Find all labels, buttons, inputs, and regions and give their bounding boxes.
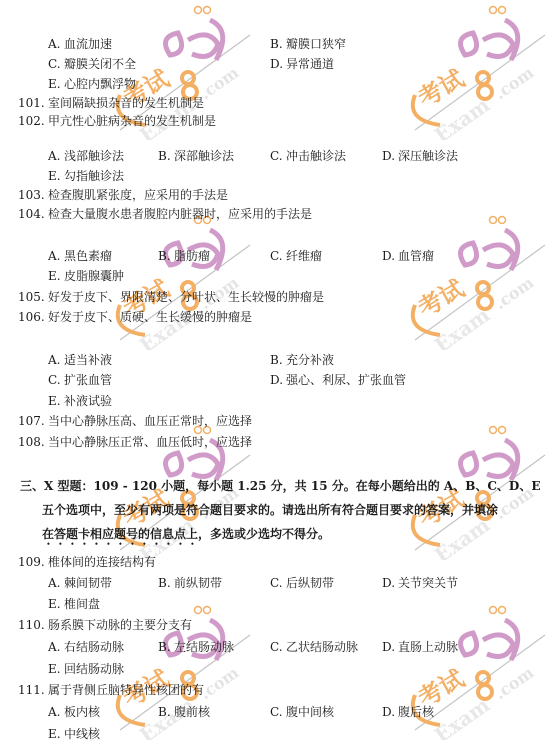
option-text: 强心、利尿、扩张血管 <box>286 373 406 387</box>
option-text: 勾指触诊法 <box>64 169 124 183</box>
option-text: 血管瘤 <box>398 249 434 263</box>
answer-option: D.腹后核 <box>382 704 434 720</box>
answer-option: A.棘间韧带 <box>48 575 112 591</box>
option-key: A. <box>48 704 64 720</box>
answer-option: C.冲击触诊法 <box>270 148 346 164</box>
answer-option: A.血流加速 <box>48 36 112 52</box>
svg-text:Exam: Exam <box>430 693 494 740</box>
option-text: 血流加速 <box>64 37 112 51</box>
option-text: 腹中间核 <box>286 705 334 719</box>
answer-option: B.前纵韧带 <box>158 575 222 591</box>
section-instructions: 三、X 型题：109 - 120 小题，每小题 1.25 分，共 15 分。在每… <box>20 478 540 548</box>
question-number: 102. <box>18 113 45 129</box>
svg-text:.com: .com <box>491 273 537 313</box>
option-key: A. <box>48 36 64 52</box>
question-number: 105. <box>18 289 45 305</box>
question-stem: 肠系膜下动脉的主要分支有 <box>48 617 192 633</box>
svg-text:Exam: Exam <box>430 93 494 140</box>
answer-option: E.回结肠动脉 <box>48 661 124 677</box>
answer-option: A.板内核 <box>48 704 100 720</box>
answer-option: B.瓣膜口狭窄 <box>270 36 346 52</box>
answer-option: C.腹中间核 <box>270 704 334 720</box>
question-number: 110. <box>18 617 45 633</box>
answer-option: B.腹前核 <box>158 704 210 720</box>
answer-option: C.后纵韧带 <box>270 575 334 591</box>
option-key: C. <box>48 56 64 72</box>
question-number: 103. <box>18 187 45 203</box>
option-text: 适当补液 <box>64 353 112 367</box>
option-key: E. <box>48 393 64 409</box>
answer-option: E.椎间盘 <box>48 596 100 612</box>
option-text: 瓣膜关闭不全 <box>64 57 136 71</box>
option-text: 扩张血管 <box>64 373 112 387</box>
watermark-logo: 考试.comExam <box>100 210 270 353</box>
question-stem: 检查大量腹水患者腹腔内脏器时，应采用的手法是 <box>48 206 312 222</box>
answer-option: B.脂肪瘤 <box>158 248 210 264</box>
option-text: 异常通道 <box>286 57 334 71</box>
question-stem: 室间隔缺损杂音的发生机制是 <box>48 95 204 111</box>
option-key: C. <box>270 575 286 591</box>
option-key: E. <box>48 661 64 677</box>
option-key: E. <box>48 726 64 742</box>
option-key: B. <box>158 248 174 264</box>
answer-option: A.适当补液 <box>48 352 112 368</box>
option-text: 皮脂腺囊肿 <box>64 269 124 283</box>
emphasis-text: 在答题卡相应题号的信息点上 <box>42 527 198 541</box>
svg-text:考试: 考试 <box>413 274 469 323</box>
option-key: D. <box>382 575 398 591</box>
watermark-logo: 考试.comExam <box>395 600 560 743</box>
option-text: 回结肠动脉 <box>64 662 124 676</box>
question-stem: 好发于皮下、质硬、生长缓慢的肿瘤是 <box>48 309 252 325</box>
section-line-1: 三、X 型题：109 - 120 小题，每小题 1.25 分，共 15 分。在每… <box>20 479 540 493</box>
option-text: 腹前核 <box>174 705 210 719</box>
option-key: C. <box>270 148 286 164</box>
option-key: E. <box>48 596 64 612</box>
question-stem: 属于背侧丘脑特异性核团的有 <box>48 682 204 698</box>
option-key: C. <box>270 248 286 264</box>
option-text: 心腔内飘浮物 <box>64 77 136 91</box>
exam8-logo-icon: 考试.comExam <box>395 210 560 350</box>
question-stem: 当中心静脉压正常、血压低时，应选择 <box>48 434 252 450</box>
option-key: B. <box>158 148 174 164</box>
answer-option: A.浅部触诊法 <box>48 148 124 164</box>
answer-option: B.充分补液 <box>270 352 334 368</box>
option-key: A. <box>48 639 64 655</box>
option-text: 后纵韧带 <box>286 576 334 590</box>
answer-option: D.异常通道 <box>270 56 334 72</box>
option-key: D. <box>382 639 398 655</box>
watermark-logo: 考试.comExam <box>395 0 560 143</box>
question-stem: 椎体间的连接结构有 <box>48 554 156 570</box>
answer-option: C.纤维瘤 <box>270 248 322 264</box>
option-key: A. <box>48 575 64 591</box>
answer-option: B.深部触诊法 <box>158 148 234 164</box>
option-key: D. <box>382 148 398 164</box>
option-key: B. <box>158 704 174 720</box>
option-text: 板内核 <box>64 705 100 719</box>
option-text: 左结肠动脉 <box>174 640 234 654</box>
answer-option: E.心腔内飘浮物 <box>48 76 136 92</box>
option-key: D. <box>382 704 398 720</box>
question-stem: 好发于皮下、界限清楚、分叶状、生长较慢的肿瘤是 <box>48 289 324 305</box>
question-number: 111. <box>18 682 45 698</box>
option-key: A. <box>48 248 64 264</box>
section-line-2: 五个选项中，至少有两项是符合题目要求的。请选出所有符合题目要求的答案，并填涂 <box>20 502 540 518</box>
question-number: 101. <box>18 95 45 111</box>
option-key: C. <box>48 372 64 388</box>
exam8-logo-icon: 考试.comExam <box>100 210 270 350</box>
option-text: 充分补液 <box>286 353 334 367</box>
answer-option: D.直肠上动脉 <box>382 639 458 655</box>
option-key: A. <box>48 148 64 164</box>
option-text: 深压触诊法 <box>398 149 458 163</box>
option-text: 棘间韧带 <box>64 576 112 590</box>
question-number: 109. <box>18 554 45 570</box>
option-text: 乙状结肠动脉 <box>286 640 358 654</box>
question-number: 106. <box>18 309 45 325</box>
option-key: A. <box>48 352 64 368</box>
option-key: B. <box>270 352 286 368</box>
option-text: 前纵韧带 <box>174 576 222 590</box>
section-line-3: 在答题卡相应题号的信息点上，多选或少选均不得分。 <box>20 526 540 548</box>
answer-option: E.补液试验 <box>48 393 112 409</box>
answer-option: B.左结肠动脉 <box>158 639 234 655</box>
option-text: 腹后核 <box>398 705 434 719</box>
answer-option: A.黑色素瘤 <box>48 248 112 264</box>
option-text: 脂肪瘤 <box>174 249 210 263</box>
answer-option: D.强心、利尿、扩张血管 <box>270 372 406 388</box>
section-line-3-rest: ，多选或少选均不得分。 <box>198 527 330 541</box>
answer-option: C.扩张血管 <box>48 372 112 388</box>
option-text: 中线核 <box>64 727 100 741</box>
watermark-logo: 考试.comExam <box>395 210 560 353</box>
question-number: 107. <box>18 413 45 429</box>
answer-option: E.中线核 <box>48 726 100 742</box>
option-key: E. <box>48 268 64 284</box>
option-key: D. <box>270 372 286 388</box>
option-key: D. <box>270 56 286 72</box>
option-text: 补液试验 <box>64 394 112 408</box>
option-text: 冲击触诊法 <box>286 149 346 163</box>
option-key: D. <box>382 248 398 264</box>
option-text: 椎间盘 <box>64 597 100 611</box>
question-number: 108. <box>18 434 45 450</box>
answer-option: C.乙状结肠动脉 <box>270 639 358 655</box>
option-text: 右结肠动脉 <box>64 640 124 654</box>
answer-option: D.血管瘤 <box>382 248 434 264</box>
option-text: 深部触诊法 <box>174 149 234 163</box>
option-text: 纤维瘤 <box>286 249 322 263</box>
question-stem: 甲亢性心脏病杂音的发生机制是 <box>48 113 216 129</box>
question-stem: 当中心静脉压高、血压正常时，应选择 <box>48 413 252 429</box>
option-key: C. <box>270 704 286 720</box>
answer-option: E.勾指触诊法 <box>48 168 124 184</box>
exam8-logo-icon: 考试.comExam <box>395 0 560 140</box>
option-key: B. <box>158 639 174 655</box>
option-text: 关节突关节 <box>398 576 458 590</box>
answer-option: D.关节突关节 <box>382 575 458 591</box>
question-stem: 检查腹肌紧张度，应采用的手法是 <box>48 187 228 203</box>
option-text: 瓣膜口狭窄 <box>286 37 346 51</box>
question-number: 104. <box>18 206 45 222</box>
option-text: 黑色素瘤 <box>64 249 112 263</box>
option-text: 浅部触诊法 <box>64 149 124 163</box>
option-key: C. <box>270 639 286 655</box>
svg-text:考试: 考试 <box>413 64 469 113</box>
answer-option: E.皮脂腺囊肿 <box>48 268 124 284</box>
svg-text:.com: .com <box>491 663 537 703</box>
svg-text:Exam: Exam <box>430 303 494 350</box>
svg-text:.com: .com <box>491 63 537 103</box>
option-key: E. <box>48 168 64 184</box>
option-key: E. <box>48 76 64 92</box>
option-key: B. <box>270 36 286 52</box>
answer-option: C.瓣膜关闭不全 <box>48 56 136 72</box>
answer-option: D.深压触诊法 <box>382 148 458 164</box>
option-key: B. <box>158 575 174 591</box>
option-text: 直肠上动脉 <box>398 640 458 654</box>
answer-option: A.右结肠动脉 <box>48 639 124 655</box>
